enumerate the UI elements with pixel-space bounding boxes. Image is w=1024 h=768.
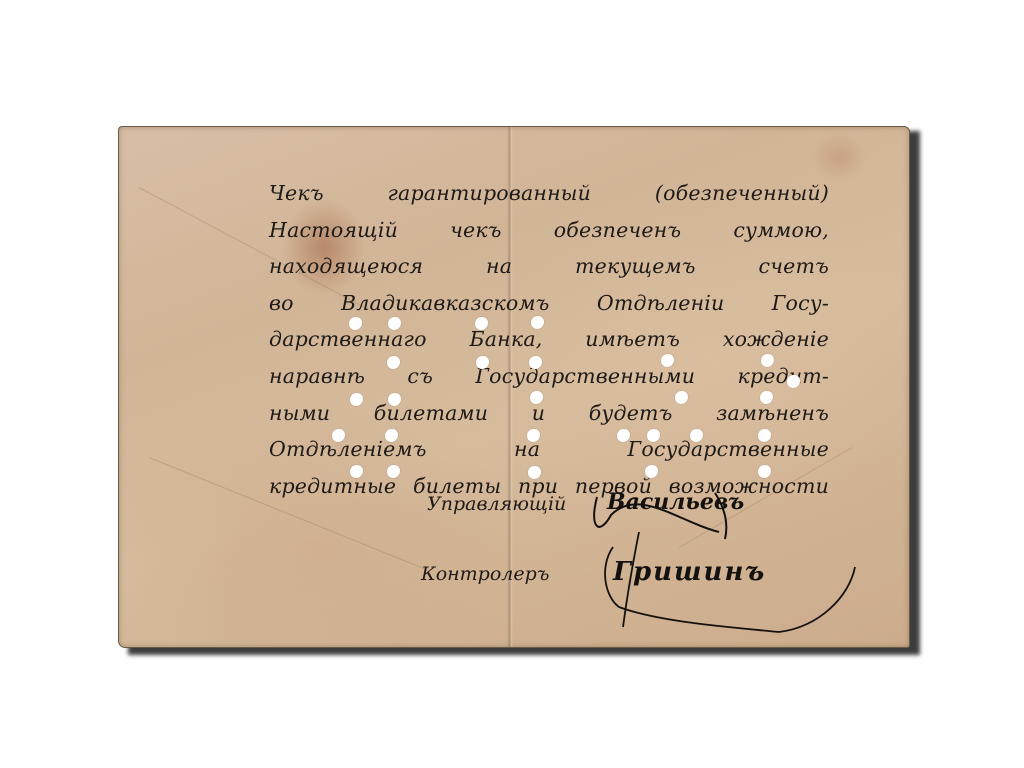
text-line: Отдѣленiемъ на Государственные: [269, 431, 829, 468]
text-line: во Владикавказскомъ Отдѣленiи Госу-: [269, 285, 829, 322]
manager-signature: Васильевъ: [607, 489, 744, 515]
controller-label: Контролеръ: [421, 563, 549, 585]
text-line: Чекъ гарантированный (обезпеченный): [269, 175, 829, 212]
manager-label: Управляющiй: [427, 493, 566, 515]
cheque-note: Чекъ гарантированный (обезпеченный) Наст…: [118, 126, 910, 648]
text-line: находящеюся на текущемъ счетъ: [269, 248, 829, 285]
controller-signature: Гришинъ: [613, 557, 766, 587]
image-stage: Чекъ гарантированный (обезпеченный) Наст…: [0, 0, 1024, 768]
cheque-text: Чекъ гарантированный (обезпеченный) Наст…: [269, 175, 829, 504]
text-line: Настоящiй чекъ обезпеченъ суммою,: [269, 212, 829, 249]
text-line: наравнѣ съ Государственными кредит-: [269, 358, 829, 395]
